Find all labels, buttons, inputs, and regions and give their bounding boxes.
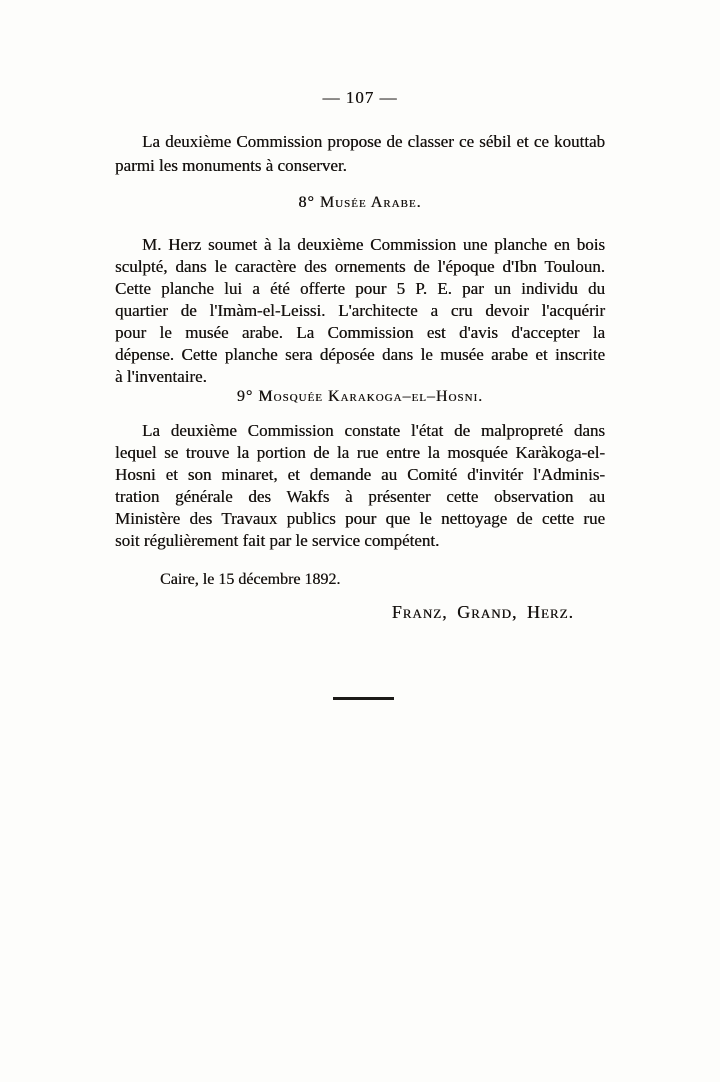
text-line: Ministère des Travaux publics pour que l… <box>115 508 605 530</box>
text-line: Hosni et son minaret, et demande au Comi… <box>115 464 605 486</box>
text-line: sculpté, dans le caractère des ornements… <box>115 256 605 278</box>
text-line: Cette planche lui a été offerte pour 5 P… <box>115 278 605 300</box>
paragraph-musee-arabe: M. Herz soumet à la deuxième Commission … <box>115 234 605 388</box>
text-line: soit régulièrement fait par le service c… <box>115 530 605 552</box>
paragraph-mosquee-karakoga: La deuxième Commission constate l'état d… <box>115 420 605 552</box>
scanned-document-page: — 107 — La deuxième Commission propose d… <box>0 0 720 1082</box>
text-line: à l'inventaire. <box>115 366 605 388</box>
text-line: La deuxième Commission constate l'état d… <box>115 420 605 442</box>
signature-names: Franz, Grand, Herz. <box>115 602 574 623</box>
text-line: pour le musée arabe. La Commission est d… <box>115 322 605 344</box>
dateline: Caire, le 15 décembre 1892. <box>160 571 340 589</box>
page-number: — 107 — <box>115 88 605 108</box>
text-line: quartier de l'Imàm-el-Leissi. L'architec… <box>115 300 605 322</box>
end-of-section-rule <box>333 697 394 700</box>
text-line: dépense. Cette planche sera déposée dans… <box>115 344 605 366</box>
text-line: parmi les monuments à conserver. <box>115 154 605 178</box>
section-heading-mosquee-karakoga: 9° Mosquée Karakoga–el–Hosni. <box>115 388 605 406</box>
text-line: lequel se trouve la portion de la rue en… <box>115 442 605 464</box>
paragraph-intro: La deuxième Commission propose de classe… <box>115 130 605 178</box>
text-line: La deuxième Commission propose de classe… <box>115 130 605 154</box>
section-heading-musee-arabe: 8° Musée Arabe. <box>115 194 605 212</box>
text-line: tration générale des Wakfs à présenter c… <box>115 486 605 508</box>
text-line: M. Herz soumet à la deuxième Commission … <box>115 234 605 256</box>
